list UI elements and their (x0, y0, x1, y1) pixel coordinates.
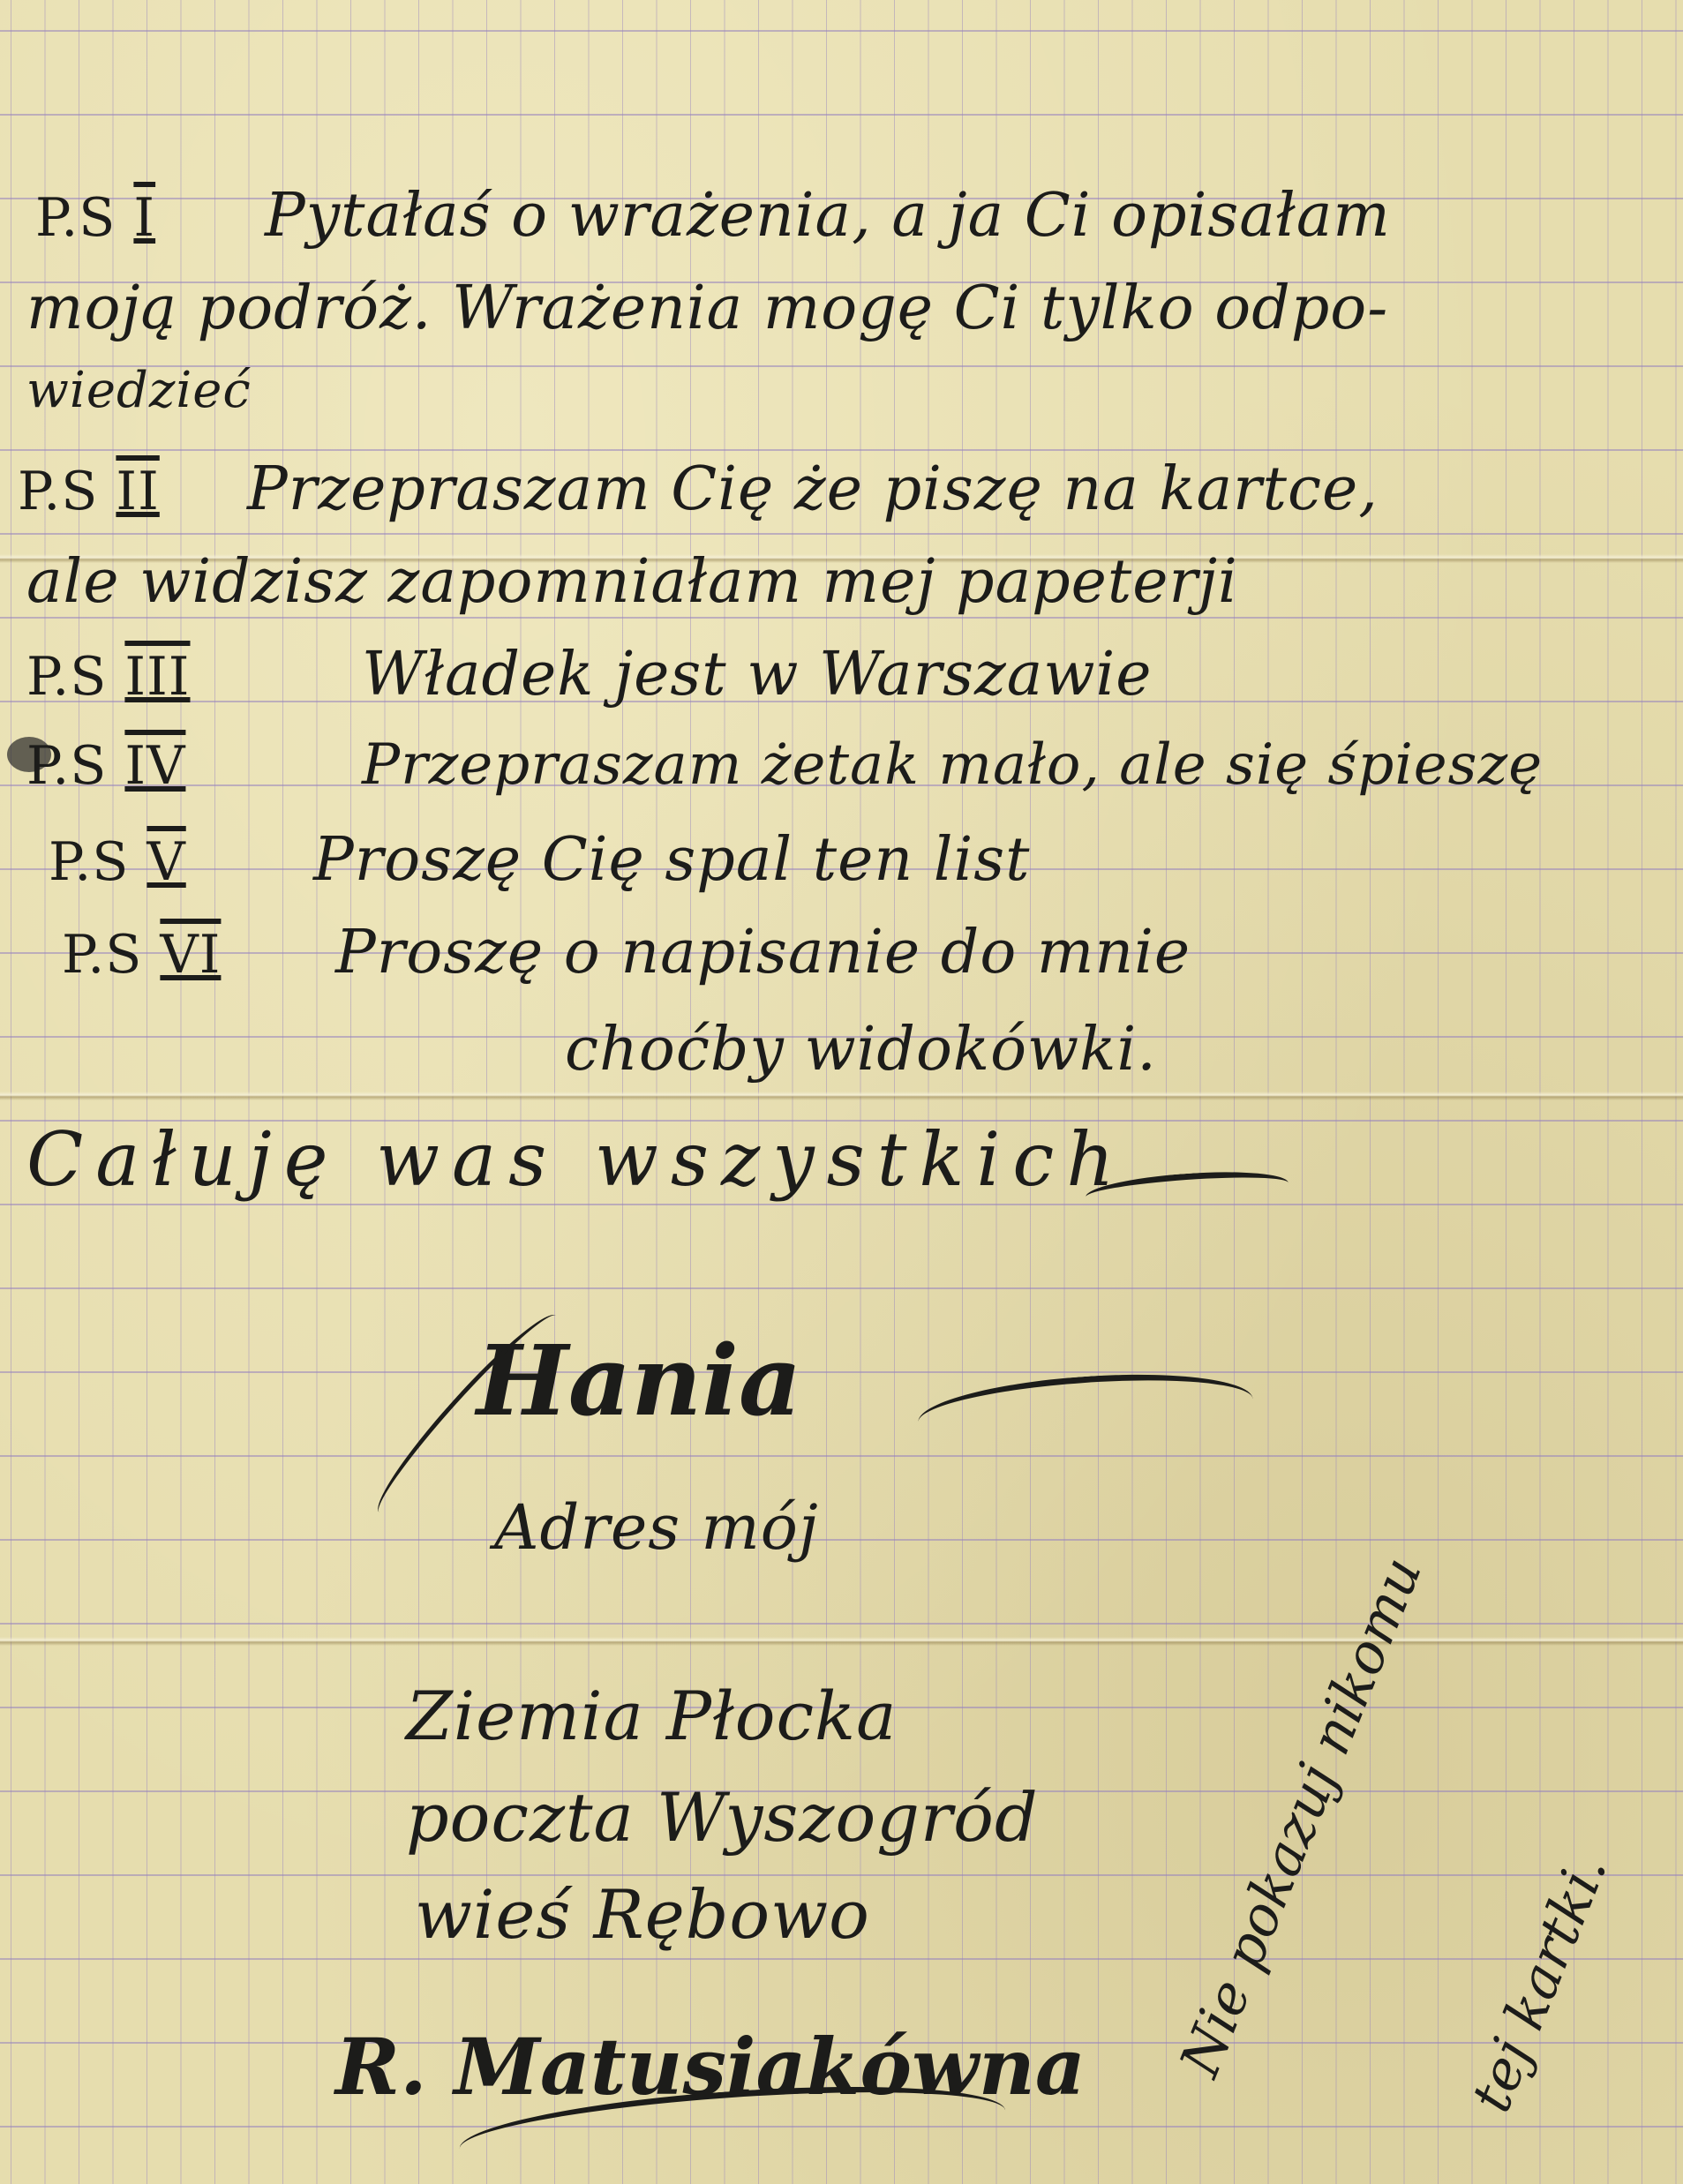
side-note-line-2: tej kartki. (1458, 1845, 1619, 2120)
ps-6-line-1: P.SVIProszę o napisanie do mnie (62, 918, 1191, 987)
address-heading: Adres mój (494, 1491, 819, 1564)
ps-label: P.SI (35, 187, 265, 249)
ps-label: P.SVI (62, 924, 335, 986)
address-line-3: wieś Rębowo (415, 1875, 870, 1954)
ps-2-line-1: P.SIIPrzepraszam Cię że piszę na kartce, (18, 454, 1379, 524)
closing-greeting: Całuję was wszystkich (26, 1116, 1126, 1203)
address-line-1: Ziemia Płocka (406, 1677, 897, 1755)
address-line-2: poczta Wyszogród (406, 1778, 1039, 1857)
side-note-line-1: Nie pokazuj nikomu (1167, 1548, 1434, 2085)
ps-label: P.SIV (26, 735, 362, 797)
ps-6-line-2: choćby widokówki. (565, 1015, 1157, 1084)
ps-label: P.SII (18, 461, 247, 522)
ps-label: P.SV (49, 831, 313, 893)
ps-3-line: P.SIIIWładek jest w Warszawie (26, 640, 1153, 709)
ps-2-line-2: ale widzisz zapomniałam mej papeterji (26, 547, 1238, 617)
ps-1-line-3: wiedzieć (26, 362, 252, 419)
ps-5-line: P.SVProszę Cię spal ten list (49, 825, 1030, 895)
ps-label: P.SIII (26, 646, 362, 708)
letter-page: P.SIPytałaś o wrażenia, a ja Ci opisałam… (0, 0, 1683, 2184)
ps-4-line: P.SIVPrzepraszam żetak mało, ale się śpi… (26, 732, 1543, 798)
ps-1-line-2: moją podróż. Wrażenia mogę Ci tylko odpo… (26, 274, 1388, 343)
ps-1-line-1: P.SIPytałaś o wrażenia, a ja Ci opisałam (35, 181, 1391, 251)
paper-fold (0, 1092, 1683, 1100)
signature-flourish (916, 1365, 1255, 1456)
paper-fold (0, 1637, 1683, 1646)
